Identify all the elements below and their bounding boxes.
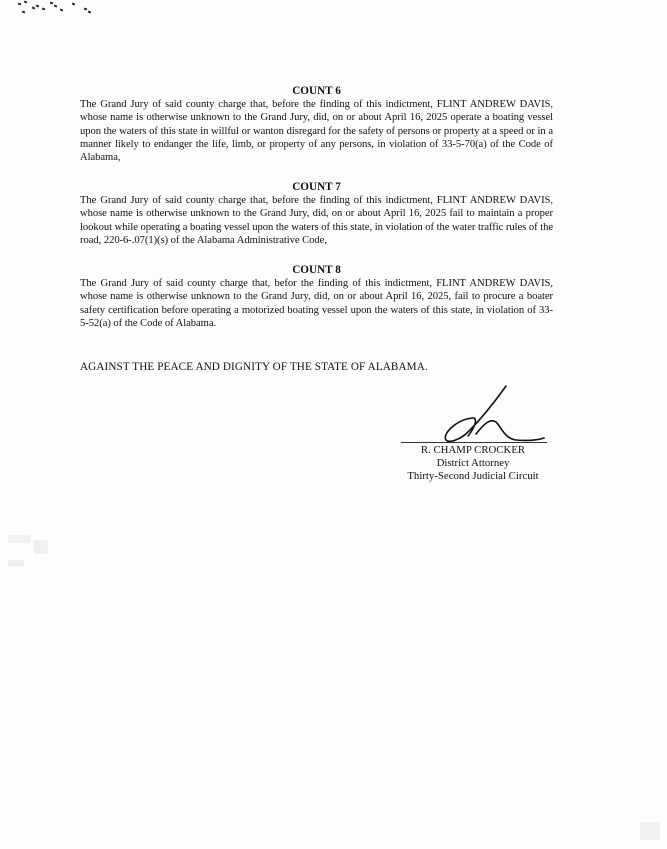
count-8-heading: COUNT 8 [80,264,553,277]
count-6-text: The Grand Jury of said county charge tha… [80,98,553,164]
count-7-heading: COUNT 7 [80,181,553,194]
signer-office: Thirty-Second Judicial Circuit [398,470,548,483]
signature-block: R. CHAMP CROCKER District Attorney Thirt… [398,384,558,494]
scan-noise [640,822,660,840]
document-page: COUNT 6 The Grand Jury of said county ch… [0,0,667,849]
count-6-section: COUNT 6 The Grand Jury of said county ch… [80,85,553,164]
signer-name: R. CHAMP CROCKER [398,444,548,457]
closing-statement: AGAINST THE PEACE AND DIGNITY OF THE STA… [80,361,428,373]
count-8-text: The Grand Jury of said county charge tha… [80,277,553,330]
signature-line [401,442,547,443]
count-7-text: The Grand Jury of said county charge tha… [80,194,553,247]
scan-noise [8,535,30,543]
count-6-heading: COUNT 6 [80,85,553,98]
scan-noise [8,560,24,566]
count-7-section: COUNT 7 The Grand Jury of said county ch… [80,181,553,247]
scan-artifact [14,0,94,16]
handwritten-signature-icon [398,384,558,446]
signer-title: District Attorney [398,457,548,470]
scan-noise [34,540,48,554]
count-8-section: COUNT 8 The Grand Jury of said county ch… [80,264,553,330]
